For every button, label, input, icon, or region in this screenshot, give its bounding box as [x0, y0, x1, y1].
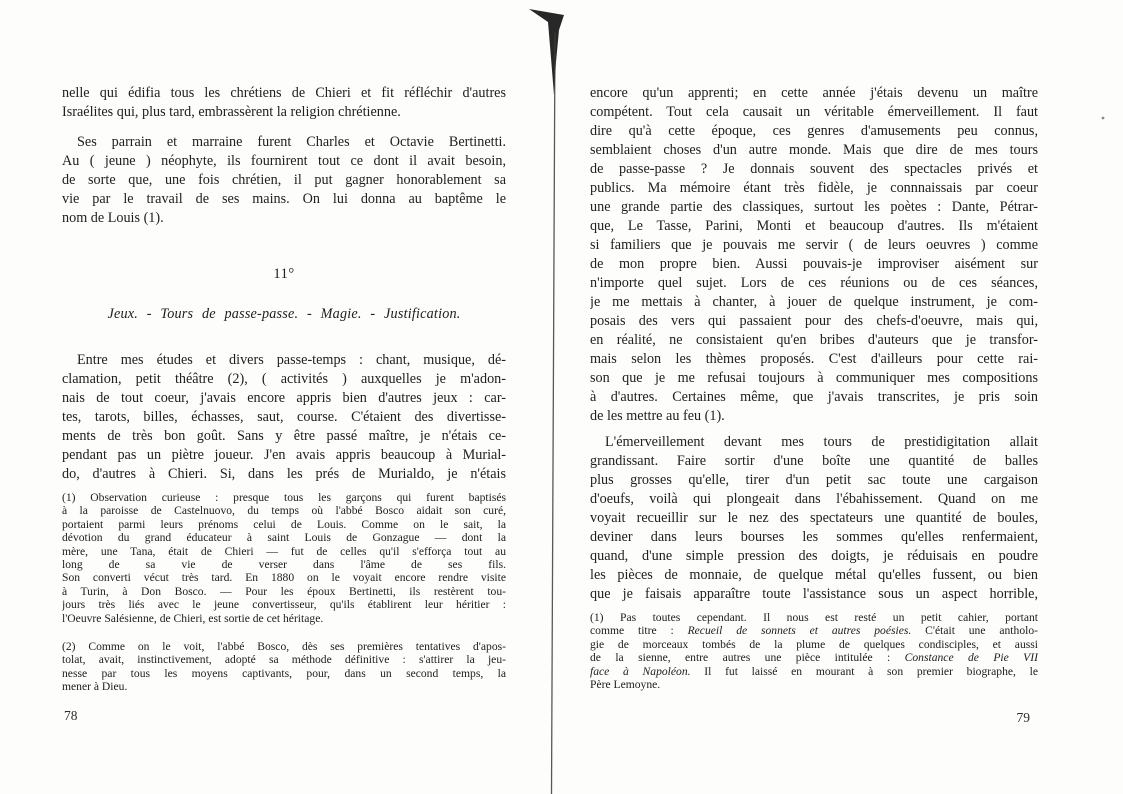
text-line: ments de très bon goût. Sans y être pass… — [62, 427, 506, 446]
text-line: gie de morceaux tombés de la plume de qu… — [590, 638, 1038, 651]
text-line: voyait recueillir sur le nez des spectat… — [590, 509, 1038, 528]
text-line: de les mettre au feu (1). — [590, 407, 1038, 426]
footnote: (1) Observation curieuse : presque tous … — [62, 491, 506, 625]
body-paragraph: encore qu'un apprenti; en cette année j'… — [590, 84, 1038, 426]
text-line: de mon propre bien. Aussi pouvais-je imp… — [590, 255, 1038, 274]
text-line: do, d'autres à Chieri. Si, dans les prés… — [62, 465, 506, 484]
text-line: nom de Louis (1). — [62, 209, 506, 228]
footnote: (2) Comme on le voit, l'abbé Bosco, dès … — [62, 640, 506, 694]
text-line: long de sa vie de verser dans l'âme de s… — [62, 558, 506, 571]
text-line: posais des vers qui passaient pour des c… — [590, 312, 1038, 331]
text-line: de la sienne, entre autres une pièce int… — [590, 651, 1038, 664]
page-number: 78 — [64, 708, 78, 724]
section-subtitle: Jeux. - Tours de passe-passe. - Magie. -… — [62, 306, 506, 323]
text-line: clamation, petit théâtre (2), ( activité… — [62, 370, 506, 389]
text-line: grandissant. Faire sortir d'une boîte un… — [590, 452, 1038, 471]
text-line: comme titre : Recueil de sonnets et autr… — [590, 624, 1038, 637]
body-paragraph: nelle qui édifia tous les chrétiens de C… — [62, 84, 506, 122]
book-spread: nelle qui édifia tous les chrétiens de C… — [0, 0, 1123, 794]
page-number: 79 — [1017, 710, 1031, 726]
text-line: Au ( jeune ) néophyte, ils fournirent to… — [62, 152, 506, 171]
text-line: pendant pas un piètre joueur. J'en avais… — [62, 446, 506, 465]
text-line: n'importe quel sujet. Lors de ces réunio… — [590, 274, 1038, 293]
text-line: nelle qui édifia tous les chrétiens de C… — [62, 84, 506, 103]
body-paragraph: Entre mes études et divers passe-temps :… — [62, 351, 506, 484]
scan-speck — [1102, 117, 1105, 120]
text-line: deviner dans leurs bourses les sommes qu… — [590, 528, 1038, 547]
text-line: à Turin, à Don Bosco. — Pour les époux B… — [62, 585, 506, 598]
text-line: (1) Observation curieuse : presque tous … — [62, 491, 506, 504]
text-line: d'oeufs, voilà qui plongeait dans l'ébah… — [590, 490, 1038, 509]
text-line: l'Oeuvre Salésienne, de Chieri, est sort… — [62, 612, 506, 625]
text-line: Son converti vécut très tard. En 1880 on… — [62, 571, 506, 584]
text-line: (1) Pas toutes cependant. Il nous est re… — [590, 611, 1038, 624]
text-line: L'émerveillement devant mes tours de pre… — [590, 433, 1038, 452]
text-line: jours très liés avec le jeune convertiss… — [62, 598, 506, 611]
page-right: encore qu'un apprenti; en cette année j'… — [590, 0, 1038, 794]
binding-gutter-line — [552, 32, 556, 794]
text-line: tes, tarots, billes, échasses, saut, cou… — [62, 408, 506, 427]
text-line: encore qu'un apprenti; en cette année j'… — [590, 84, 1038, 103]
footnote: (1) Pas toutes cependant. Il nous est re… — [590, 611, 1038, 691]
text-line: son que je me refusai toujours à communi… — [590, 369, 1038, 388]
text-line: tolat, avait, instinctivement, adopté sa… — [62, 653, 506, 666]
text-line: de passe-passe ? Je donnais souvent des … — [590, 160, 1038, 179]
text-line: compétent. Tout cela causait un véritabl… — [590, 103, 1038, 122]
text-line: je me mettais à chanter, à jouer de quel… — [590, 293, 1038, 312]
text-line: quand, d'une simple pression des doigts,… — [590, 547, 1038, 566]
text-line: à la paroisse de Castelnuovo, du temps o… — [62, 504, 506, 517]
text-line: Israélites qui, plus tard, embrassèrent … — [62, 103, 506, 122]
text-line: nais de tout coeur, j'avais encore appri… — [62, 389, 506, 408]
text-line: plus grosses qu'elle, tirer d'un petit s… — [590, 471, 1038, 490]
text-line: que je faisais apparaître toute l'assist… — [590, 585, 1038, 604]
body-paragraph: L'émerveillement devant mes tours de pre… — [590, 433, 1038, 604]
text-line: de sorte que, une fois chrétien, il put … — [62, 171, 506, 190]
section-heading: 11° — [62, 266, 506, 283]
text-line: les pièces de monnaie, de quelque métal … — [590, 566, 1038, 585]
text-line: à d'autres. Certaines même, que j'avais … — [590, 388, 1038, 407]
text-line: vie par le travail de ses mains. On lui … — [62, 190, 506, 209]
text-line: publics. Ma mémoire étant très fidèle, j… — [590, 179, 1038, 198]
text-line: (2) Comme on le voit, l'abbé Bosco, dès … — [62, 640, 506, 653]
text-line: face à Napoléon. Il fut laissé en mouran… — [590, 665, 1038, 678]
text-line: en réalité, ne consistaient qu'en bribes… — [590, 331, 1038, 350]
text-line: mener à Dieu. — [62, 680, 506, 693]
text-line: mère, une Tana, était de Chieri — fut de… — [62, 545, 506, 558]
text-line: une grande partie des classiques, surtou… — [590, 198, 1038, 217]
text-line: si familiers que je pouvais me servir ( … — [590, 236, 1038, 255]
text-line: Entre mes études et divers passe-temps :… — [62, 351, 506, 370]
text-line: Ses parrain et marraine furent Charles e… — [62, 133, 506, 152]
binding-ink-smudge — [529, 9, 564, 95]
text-line: mais selon les thèmes proposés. C'est d'… — [590, 350, 1038, 369]
body-paragraph: Ses parrain et marraine furent Charles e… — [62, 133, 506, 228]
page-left: nelle qui édifia tous les chrétiens de C… — [62, 0, 506, 794]
text-line: portaient parmi leurs prénoms celui de L… — [62, 518, 506, 531]
text-line: dire qu'à cette époque, ces genres d'amu… — [590, 122, 1038, 141]
text-line: nesse par tous les moyens captivants, po… — [62, 667, 506, 680]
text-line: semblaient choses d'un autre monde. Mais… — [590, 141, 1038, 160]
text-line: dévotion du grand éducateur à saint Loui… — [62, 531, 506, 544]
text-line: Père Lemoyne. — [590, 678, 1038, 691]
text-line: que, Le Tasse, Parini, Monti et beaucoup… — [590, 217, 1038, 236]
